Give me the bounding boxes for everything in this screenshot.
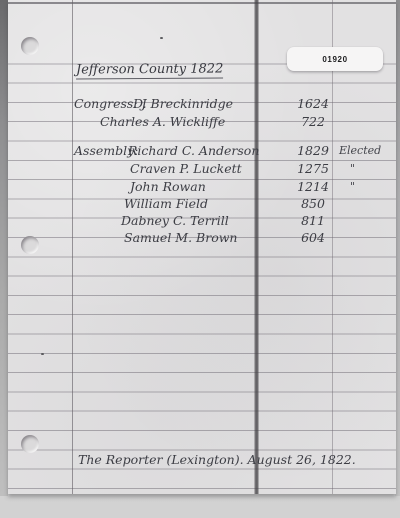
record-row-assembly-2: Craven P. Luckett 1275 " [8, 161, 396, 177]
vote-count: 811 [292, 213, 334, 228]
vote-count: 1275 [292, 161, 334, 176]
vote-count: 604 [292, 230, 334, 245]
record-row-assembly-1: Assembly: Richard C. Anderson 1829 Elect… [8, 143, 396, 159]
record-row-assembly-3: John Rowan 1214 " [8, 179, 396, 195]
ditto-mark: " [350, 179, 355, 194]
candidate-name: Richard C. Anderson [128, 143, 259, 158]
candidate-name: William Field [124, 196, 208, 211]
catalog-sticker: 01920 [287, 47, 383, 71]
ditto-mark: " [350, 161, 355, 176]
vote-count: 1624 [292, 96, 334, 111]
binding-fold-line [254, 0, 259, 494]
catalog-number: 01920 [287, 47, 383, 72]
hole-punch-bottom [21, 435, 39, 453]
vote-count: 1214 [292, 179, 334, 194]
elected-note: Elected [339, 143, 381, 158]
source-citation: The Reporter (Lexington). August 26, 182… [78, 452, 356, 467]
candidate-name: Samuel M. Brown [124, 230, 237, 245]
hole-punch-top [21, 37, 39, 55]
record-row-congress-1: Congress: J D. Breckinridge 1624 [8, 96, 396, 112]
record-row-assembly-4: William Field 850 [8, 196, 396, 212]
vote-count: 722 [292, 114, 334, 129]
ink-speck [160, 37, 163, 39]
record-row-congress-2: Charles A. Wickliffe 722 [8, 114, 396, 130]
candidate-name: Craven P. Luckett [130, 161, 242, 176]
candidate-name: Charles A. Wickliffe [100, 114, 225, 129]
vote-count: 1829 [292, 143, 334, 158]
candidate-name: D. Breckinridge [133, 96, 233, 111]
ruled-lines [8, 45, 396, 494]
candidate-name: Dabney C. Terrill [121, 213, 229, 228]
top-ruled-line [8, 2, 396, 4]
scanner-background-left [0, 0, 8, 496]
candidate-name: John Rowan [130, 179, 206, 194]
record-row-assembly-6: Samuel M. Brown 604 [8, 230, 396, 246]
vote-count: 850 [292, 196, 334, 211]
record-row-assembly-5: Dabney C. Terrill 811 [8, 213, 396, 229]
ink-speck [41, 353, 44, 355]
left-margin-line [72, 0, 73, 494]
scanned-document: { "record": { "catalog_number": "01920",… [0, 0, 400, 518]
votes-column-line [332, 0, 333, 494]
notebook-page: 01920 Jefferson County 1822 Congress: J … [8, 0, 396, 494]
page-title: Jefferson County 1822 [76, 61, 223, 79]
